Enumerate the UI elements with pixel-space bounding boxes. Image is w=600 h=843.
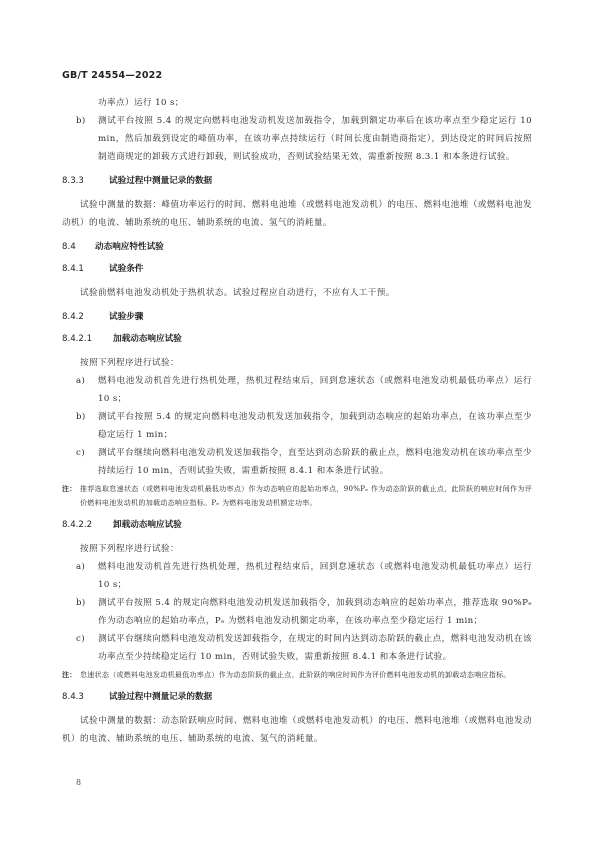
standard-id: GB/T 24554—2022 bbox=[62, 70, 162, 81]
heading-8-4-2: 8.4.2 试验步骤 bbox=[62, 310, 532, 324]
heading-8-4-2-1: 8.4.2.1 加载动态响应试验 bbox=[62, 332, 532, 346]
page-content: 功率点）运行 10 s； b) 测试平台按照 5.4 的规定向燃料电池发动机发送… bbox=[62, 94, 532, 748]
list-item-a: a) 燃料电池发动机首先进行热机处理，热机过程结束后，回到怠速状态（或燃料电池发… bbox=[62, 372, 532, 408]
list-item-continuation: 功率点）运行 10 s； bbox=[62, 94, 532, 112]
paragraph: 试验中测量的数据：动态阶跃响应时间、燃料电池堆（或燃料电池发动机）的电压、燃料电… bbox=[62, 712, 532, 748]
list-text: 测试平台按照 5.4 的规定向燃料电池发动机发送加载指令，加载到额定功率后在该功… bbox=[98, 112, 532, 166]
list-item-b: b) 测试平台按照 5.4 的规定向燃料电池发动机发送加载指令，加载到额定功率后… bbox=[62, 112, 532, 166]
note: 注： 推荐选取怠速状态（或燃料电池发动机最低功率点）作为动态响应的起始功率点，9… bbox=[62, 482, 532, 510]
heading-8-4-3: 8.4.3 试验过程中测量记录的数据 bbox=[62, 690, 532, 704]
paragraph: 试验前燃料电池发动机处于热机状态。试验过程应自动进行，不应有人工干预。 bbox=[62, 284, 532, 302]
page-number: 8 bbox=[76, 778, 81, 787]
list-item-a: a) 燃料电池发动机首先进行热机处理，热机过程结束后，回到怠速状态（或燃料电池发… bbox=[62, 558, 532, 594]
heading-8-3-3: 8.3.3 试验过程中测量记录的数据 bbox=[62, 174, 532, 188]
heading-8-4-1: 8.4.1 试验条件 bbox=[62, 262, 532, 276]
list-label: b) bbox=[62, 112, 98, 166]
note: 注： 怠速状态（或燃料电池发动机最低功率点）作为动态阶跃的截止点，此阶跃的响应时… bbox=[62, 668, 532, 682]
list-item-b: b) 测试平台按照 5.4 的规定向燃料电池发动机发送加载指令，加载到动态响应的… bbox=[62, 408, 532, 444]
heading-8-4-2-2: 8.4.2.2 卸载动态响应试验 bbox=[62, 518, 532, 532]
paragraph: 按照下列程序进行试验： bbox=[62, 540, 532, 558]
paragraph: 按照下列程序进行试验： bbox=[62, 354, 532, 372]
heading-8-4: 8.4 动态响应特性试验 bbox=[62, 240, 532, 254]
list-item-c: c) 测试平台继续向燃料电池发动机发送加载指令，直至达到动态阶跃的截止点，燃料电… bbox=[62, 444, 532, 480]
paragraph: 试验中测量的数据：峰值功率运行的时间、燃料电池堆（或燃料电池发动机）的电压、燃料… bbox=[62, 196, 532, 232]
document-page: GB/T 24554—2022 功率点）运行 10 s； b) 测试平台按照 5… bbox=[0, 0, 600, 843]
list-item-b: b) 测试平台按照 5.4 的规定向燃料电池发动机发送加载指令，加载到动态响应的… bbox=[62, 594, 532, 630]
list-item-c: c) 测试平台继续向燃料电池发动机发送卸载指令，在规定的时间内达到动态阶跃的截止… bbox=[62, 630, 532, 666]
